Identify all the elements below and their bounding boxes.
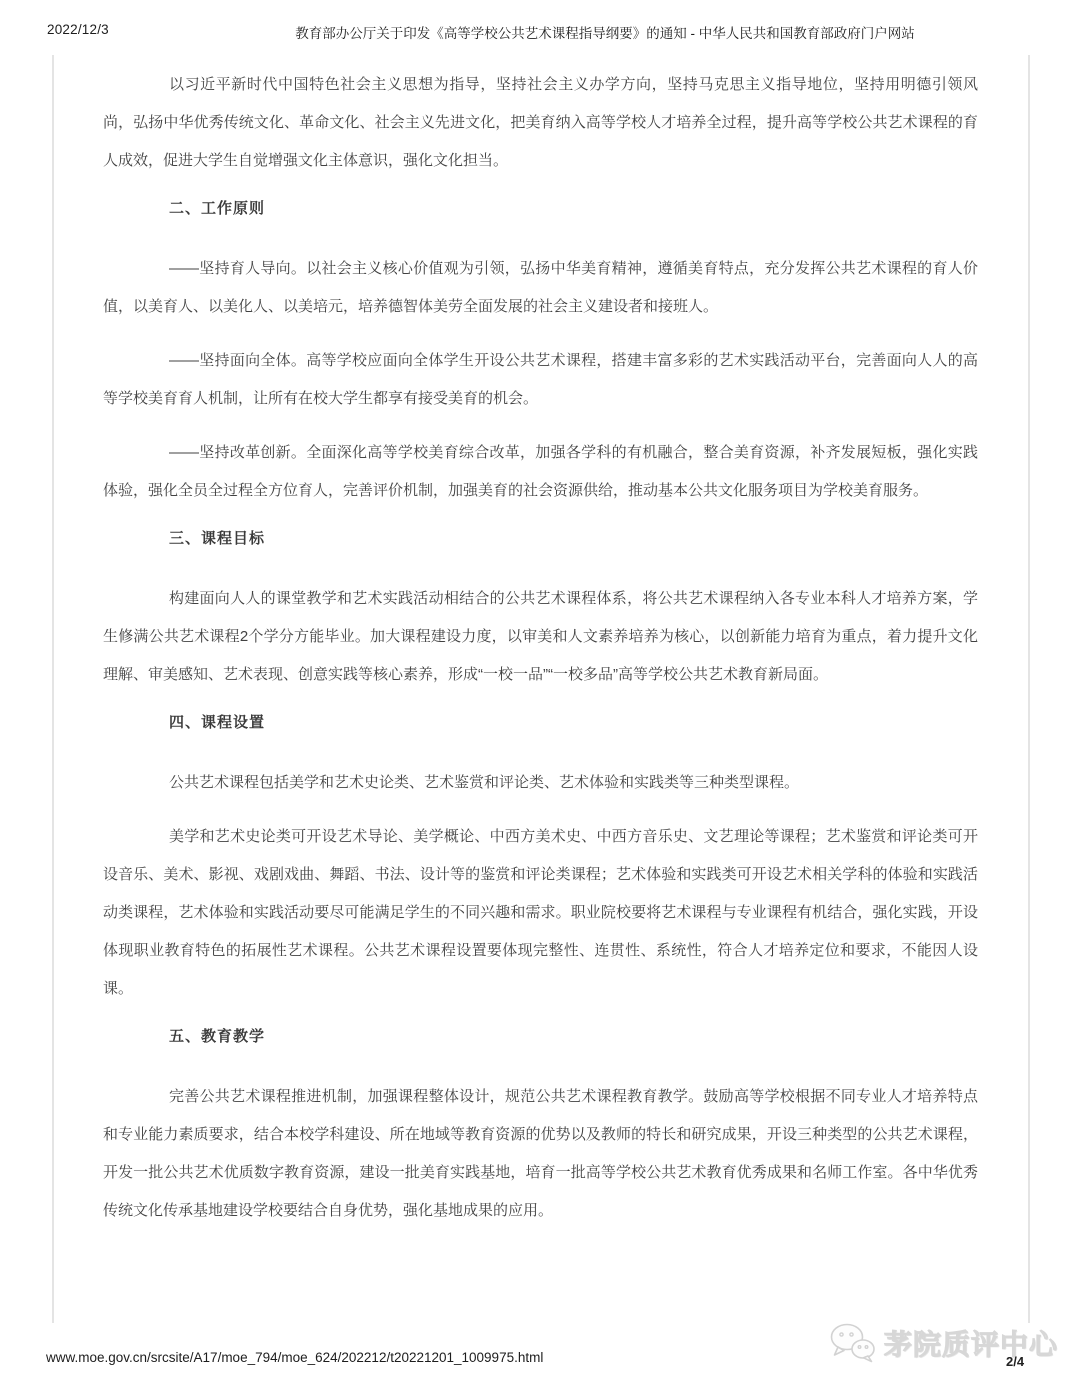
section-heading: 五、教育教学 — [103, 1018, 978, 1056]
print-footer: www.moe.gov.cn/srcsite/A17/moe_794/moe_6… — [0, 1348, 1080, 1370]
section-heading: 四、课程设置 — [103, 704, 978, 742]
paragraph: 以习近平新时代中国特色社会主义思想为指导，坚持社会主义办学方向，坚持马克思主义指… — [103, 66, 978, 180]
print-date: 2022/12/3 — [47, 22, 109, 37]
page-border-left — [52, 55, 54, 1323]
paragraph: 美学和艺术史论类可开设艺术导论、美学概论、中西方美术史、中西方音乐史、文艺理论等… — [103, 818, 978, 1008]
section-heading: 二、工作原则 — [103, 190, 978, 228]
footer-url: www.moe.gov.cn/srcsite/A17/moe_794/moe_6… — [46, 1350, 543, 1365]
page-number: 2/4 — [1006, 1354, 1024, 1369]
paragraph: ——坚持育人导向。以社会主义核心价值观为引领，弘扬中华美育精神，遵循美育特点，充… — [103, 250, 978, 326]
print-header: 2022/12/3 教育部办公厅关于印发《高等学校公共艺术课程指导纲要》的通知 … — [0, 22, 1080, 42]
section-heading: 三、课程目标 — [103, 520, 978, 558]
page-border-right — [1028, 55, 1030, 1323]
print-title: 教育部办公厅关于印发《高等学校公共艺术课程指导纲要》的通知 - 中华人民共和国教… — [150, 22, 1060, 42]
document-body: 以习近平新时代中国特色社会主义思想为指导，坚持社会主义办学方向，坚持马克思主义指… — [103, 66, 978, 1246]
paragraph: 公共艺术课程包括美学和艺术史论类、艺术鉴赏和评论类、艺术体验和实践类等三种类型课… — [103, 764, 978, 802]
paragraph: ——坚持面向全体。高等学校应面向全体学生开设公共艺术课程，搭建丰富多彩的艺术实践… — [103, 342, 978, 418]
paragraph: 构建面向人人的课堂教学和艺术实践活动相结合的公共艺术课程体系，将公共艺术课程纳入… — [103, 580, 978, 694]
paragraph: 完善公共艺术课程推进机制，加强课程整体设计，规范公共艺术课程教育教学。鼓励高等学… — [103, 1078, 978, 1230]
paragraph: ——坚持改革创新。全面深化高等学校美育综合改革，加强各学科的有机融合，整合美育资… — [103, 434, 978, 510]
